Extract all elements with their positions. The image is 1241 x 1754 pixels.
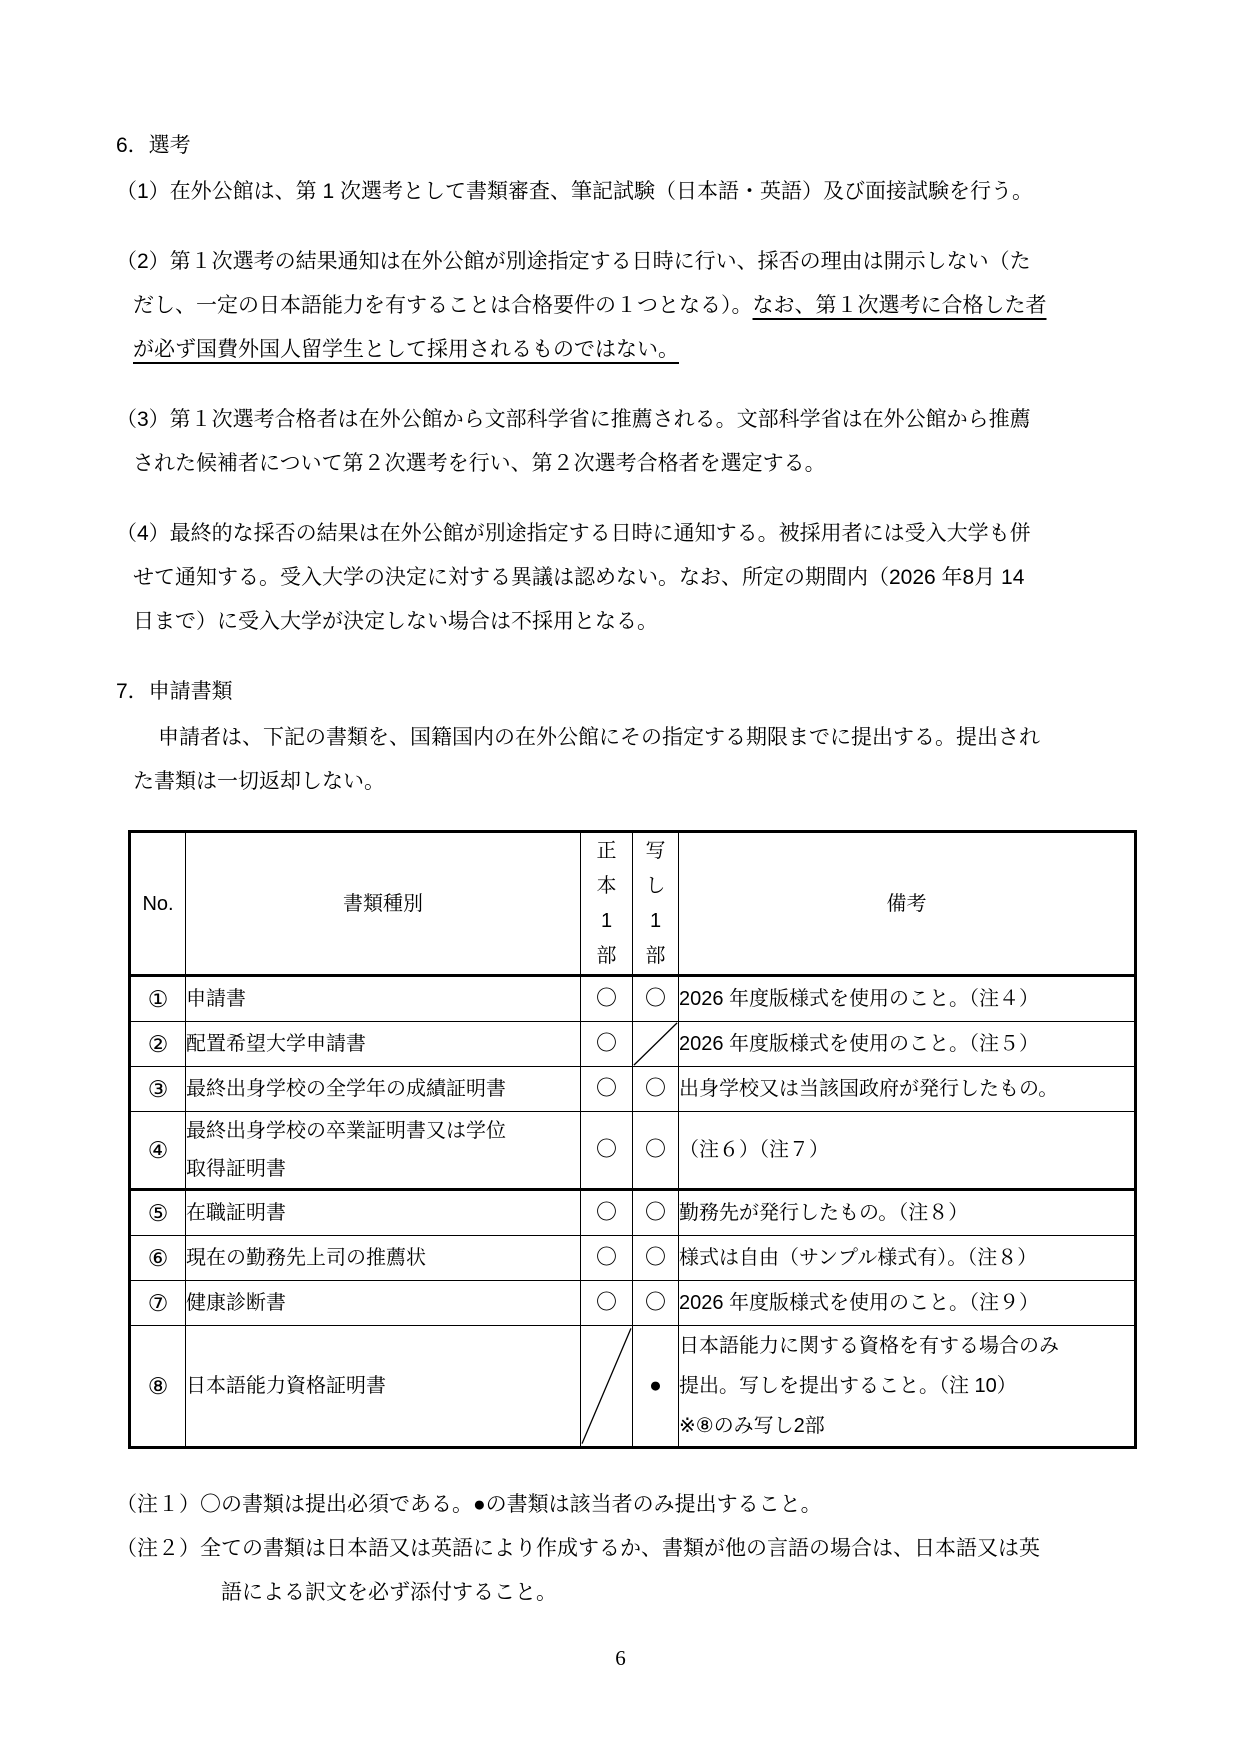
cell-original-mark: 〇 [581, 1067, 633, 1112]
cell-original-mark: 〇 [581, 1112, 633, 1190]
cell-no: ④ [130, 1112, 186, 1190]
table-row-4: ④ 最終出身学校の卒業証明書又は学位 取得証明書 〇 〇 （注６）（注７） [130, 1112, 1136, 1190]
page-number: 6 [0, 1646, 1241, 1671]
table-row-2: ② 配置希望大学申請書 〇 2026 年度版様式を使用のこと。（注５） [130, 1022, 1136, 1067]
cell-copy-mark: 〇 [633, 1281, 679, 1326]
cell-copy-mark: 〇 [633, 1236, 679, 1281]
cell-remarks: 様式は自由（サンプル様式有）。（注８） [679, 1236, 1136, 1281]
section6-paragraph-2: （2）第１次選考の結果通知は在外公館が別途指定する日時に行い、採否の理由は開示し… [116, 240, 1141, 372]
cell-copy-mark: ● [633, 1326, 679, 1448]
cell-no: ① [130, 976, 186, 1022]
cell-no: ⑧ [130, 1326, 186, 1448]
cell-remarks: 出身学校又は当該国政府が発行したもの。 [679, 1067, 1136, 1112]
col-header-original-copy: 正本1部 [581, 832, 633, 976]
section6-paragraph-1: （1）在外公館は、第 1 次選考として書類審査、筆記試験（日本語・英語）及び面接… [116, 170, 1141, 214]
cell-document-type: 日本語能力資格証明書 [186, 1326, 581, 1448]
col-header-remarks: 備考 [679, 832, 1136, 976]
section6-paragraph-4: （4）最終的な採否の結果は在外公館が別途指定する日時に通知する。被採用者には受入… [116, 512, 1141, 644]
cell-no: ② [130, 1022, 186, 1067]
section7-intro: 申請者は、下記の書類を、国籍国内の在外公館にその指定する期限までに提出する。提出… [116, 716, 1141, 804]
cell-remarks: （注６）（注７） [679, 1112, 1136, 1190]
cell-original-mark [581, 1326, 633, 1448]
cell-remarks: 2026 年度版様式を使用のこと。（注４） [679, 976, 1136, 1022]
cell-remarks: 日本語能力に関する資格を有する場合のみ 提出。写しを提出すること。（注 10） … [679, 1326, 1136, 1448]
cell-document-type: 健康診断書 [186, 1281, 581, 1326]
cell-original-mark: 〇 [581, 1022, 633, 1067]
table-row-3: ③ 最終出身学校の全学年の成績証明書 〇 〇 出身学校又は当該国政府が発行したも… [130, 1067, 1136, 1112]
col-header-photocopy: 写し1部 [633, 832, 679, 976]
section6-paragraph-3: （3）第１次選考合格者は在外公館から文部科学省に推薦される。文部科学省は在外公館… [116, 398, 1141, 486]
cell-remarks: 勤務先が発行したもの。（注８） [679, 1190, 1136, 1236]
diagonal-slash-icon [581, 1326, 632, 1446]
cell-document-type: 在職証明書 [186, 1190, 581, 1236]
cell-no: ⑤ [130, 1190, 186, 1236]
document-page: 6．選考 （1）在外公館は、第 1 次選考として書類審査、筆記試験（日本語・英語… [0, 0, 1241, 1754]
cell-copy-mark: 〇 [633, 976, 679, 1022]
cell-copy-mark [633, 1022, 679, 1067]
table-row-6: ⑥ 現在の勤務先上司の推薦状 〇 〇 様式は自由（サンプル様式有）。（注８） [130, 1236, 1136, 1281]
col-header-document-type: 書類種別 [186, 832, 581, 976]
cell-remarks: 2026 年度版様式を使用のこと。（注５） [679, 1022, 1136, 1067]
documents-table: No. 書類種別 正本1部 写し1部 備考 ① 申請書 〇 〇 2026 年度版… [128, 830, 1137, 1449]
col-header-no: No. [130, 832, 186, 976]
cell-document-type: 最終出身学校の全学年の成績証明書 [186, 1067, 581, 1112]
cell-original-mark: 〇 [581, 1190, 633, 1236]
cell-copy-mark: 〇 [633, 1067, 679, 1112]
cell-remarks: 2026 年度版様式を使用のこと。（注９） [679, 1281, 1136, 1326]
cell-document-type: 申請書 [186, 976, 581, 1022]
section-6-heading: 6．選考 [116, 124, 1141, 168]
cell-document-type: 配置希望大学申請書 [186, 1022, 581, 1067]
cell-no: ⑦ [130, 1281, 186, 1326]
table-header-row: No. 書類種別 正本1部 写し1部 備考 [130, 832, 1136, 976]
table-row-8: ⑧ 日本語能力資格証明書 ● 日本語能力に関する資格を有する場合のみ 提出。写し… [130, 1326, 1136, 1448]
cell-copy-mark: 〇 [633, 1112, 679, 1190]
cell-copy-mark: 〇 [633, 1190, 679, 1236]
cell-no: ⑥ [130, 1236, 186, 1281]
table-row-7: ⑦ 健康診断書 〇 〇 2026 年度版様式を使用のこと。（注９） [130, 1281, 1136, 1326]
note-2: （注２）全ての書類は日本語又は英語により作成するか、書類が他の言語の場合は、日本… [116, 1527, 1141, 1615]
footnotes: （注１）〇の書類は提出必須である。●の書類は該当者のみ提出すること。 （注２）全… [116, 1483, 1141, 1615]
cell-original-mark: 〇 [581, 976, 633, 1022]
cell-document-type: 現在の勤務先上司の推薦状 [186, 1236, 581, 1281]
note-1: （注１）〇の書類は提出必須である。●の書類は該当者のみ提出すること。 [116, 1483, 1141, 1527]
section-7-heading: 7．申請書類 [116, 670, 1141, 714]
table-row-1: ① 申請書 〇 〇 2026 年度版様式を使用のこと。（注４） [130, 976, 1136, 1022]
cell-document-type: 最終出身学校の卒業証明書又は学位 取得証明書 [186, 1112, 581, 1190]
cell-no: ③ [130, 1067, 186, 1112]
cell-original-mark: 〇 [581, 1236, 633, 1281]
diagonal-slash-icon [633, 1022, 678, 1066]
table-row-5: ⑤ 在職証明書 〇 〇 勤務先が発行したもの。（注８） [130, 1190, 1136, 1236]
cell-original-mark: 〇 [581, 1281, 633, 1326]
